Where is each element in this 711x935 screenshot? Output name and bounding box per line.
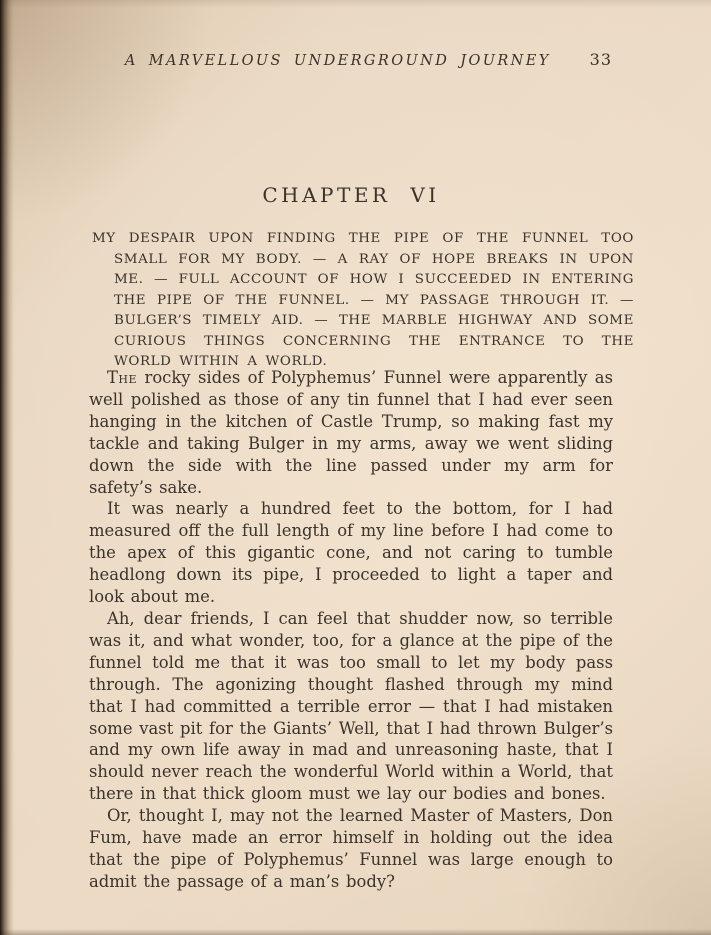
chapter-heading: CHAPTER VI [90,183,612,207]
paragraph-lead-word: The [107,368,137,387]
running-head: A MARVELLOUS UNDERGROUND JOURNEY 33 [100,50,612,72]
chapter-synopsis: MY DESPAIR UPON FINDING THE PIPE OF THE … [92,229,634,373]
paragraph: Or, thought I, may not the learned Maste… [89,805,613,893]
body-text: The rocky sides of Polyphemus’ Funnel we… [89,367,613,893]
book-page: A MARVELLOUS UNDERGROUND JOURNEY 33 CHAP… [0,0,711,935]
running-title: A MARVELLOUS UNDERGROUND JOURNEY [100,53,576,69]
scan-edge-shadow [0,0,15,935]
paragraph: The rocky sides of Polyphemus’ Funnel we… [89,367,613,498]
paragraph: Ah, dear friends, I can feel that shudde… [89,608,613,805]
page-number: 33 [576,50,612,69]
paragraph: It was nearly a hundred feet to the bott… [89,498,613,608]
